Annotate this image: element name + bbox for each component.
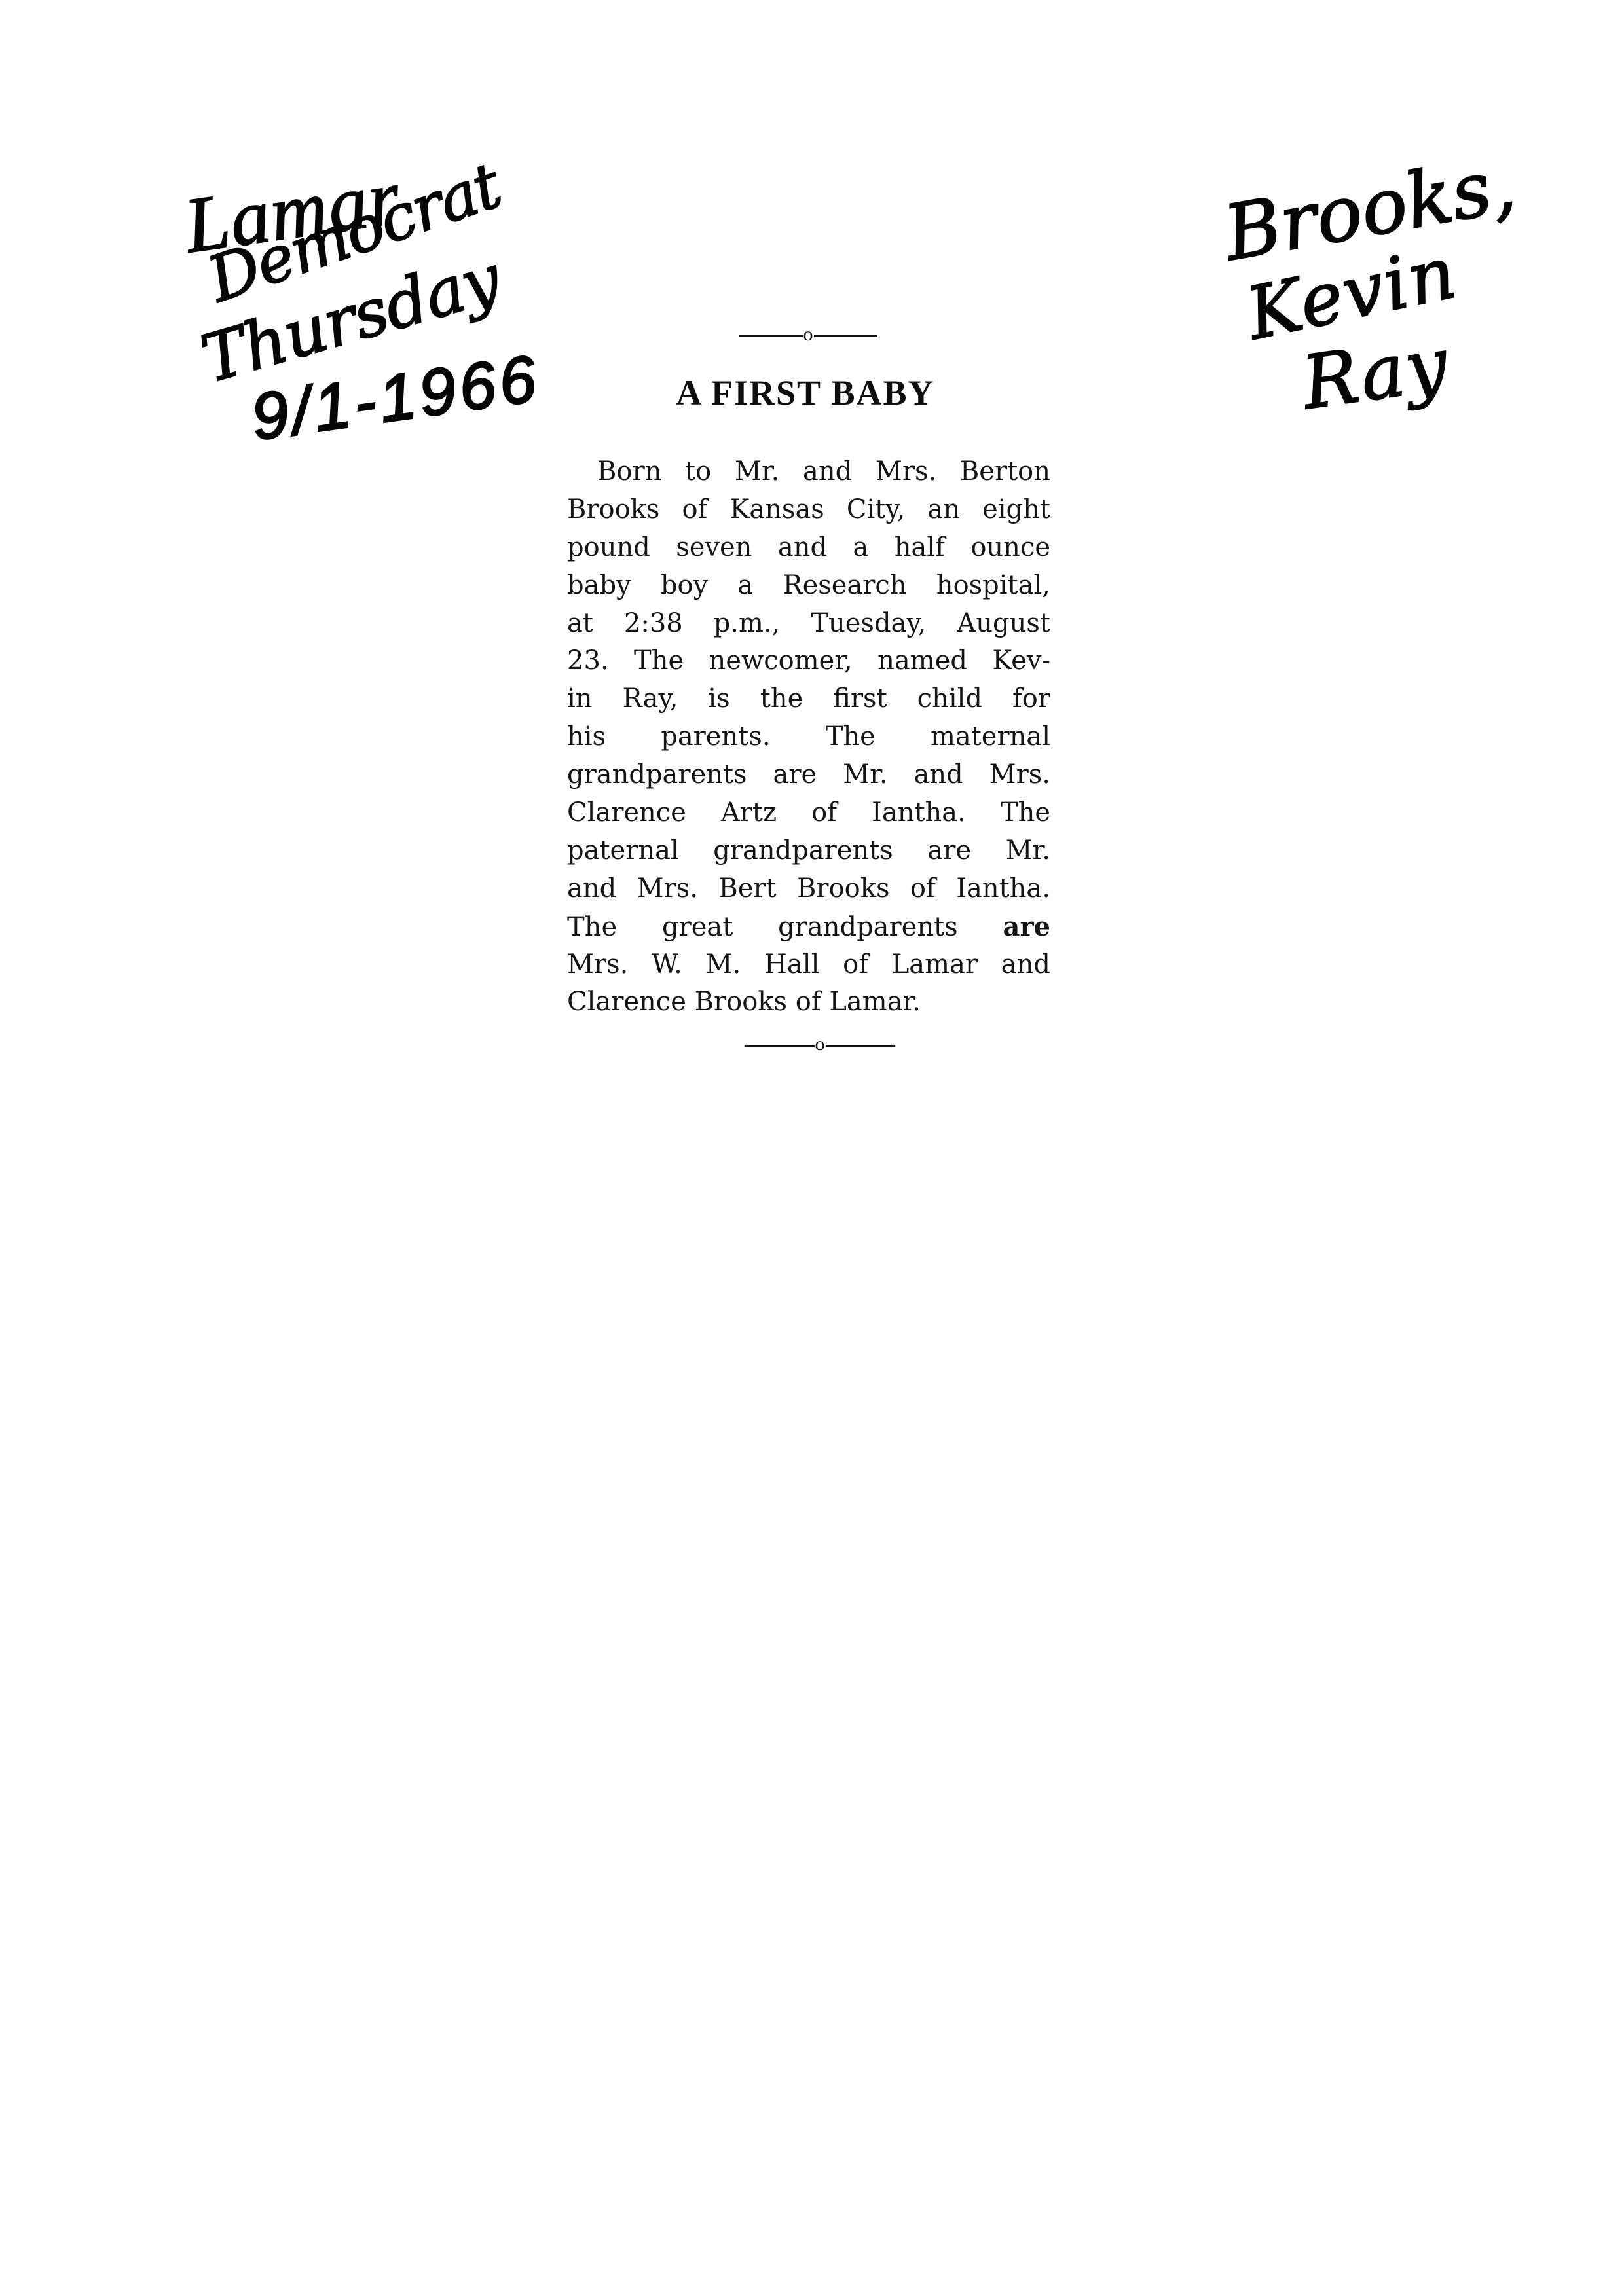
article-line: in Ray, is the first child for xyxy=(567,680,1050,718)
divider-rule xyxy=(745,1045,815,1047)
article-line: at 2:38 p.m., Tuesday, August xyxy=(567,605,1050,643)
article-line: Born to Mr. and Mrs. Berton xyxy=(567,453,1050,491)
divider-ornament-icon: o xyxy=(803,327,814,342)
scanned-page: Lamar Democrat Thursday 9/1-1966 Brooks,… xyxy=(0,0,1624,2296)
article-line: Mrs. W. M. Hall of Lamar and xyxy=(567,946,1050,984)
top-divider: o xyxy=(739,328,877,344)
divider-rule xyxy=(739,335,803,337)
article-line: baby boy a Research hospital, xyxy=(567,567,1050,605)
article-line: Clarence Brooks of Lamar. xyxy=(567,983,1050,1021)
article-body: Born to Mr. and Mrs. BertonBrooks of Kan… xyxy=(567,453,1050,1021)
article-line: and Mrs. Bert Brooks of Iantha. xyxy=(567,870,1050,908)
article-line: grandparents are Mr. and Mrs. xyxy=(567,756,1050,794)
article-line: pound seven and a half ounce xyxy=(567,529,1050,567)
bottom-divider: o xyxy=(745,1038,895,1053)
article-line: paternal grandparents are Mr. xyxy=(567,832,1050,870)
article-line: his parents. The maternal xyxy=(567,718,1050,756)
article-line: Brooks of Kansas City, an eight xyxy=(567,491,1050,529)
divider-ornament-icon: o xyxy=(815,1036,826,1052)
divider-rule xyxy=(814,335,878,337)
divider-rule xyxy=(826,1045,896,1047)
article-line: The great grandparents are xyxy=(567,908,1050,946)
article-headline: A FIRST BABY xyxy=(655,372,956,414)
article-line: Clarence Artz of Iantha. The xyxy=(567,794,1050,832)
bold-word: are xyxy=(1003,911,1050,942)
article-line: 23. The newcomer, named Kev- xyxy=(567,642,1050,680)
handwritten-middle-name: Ray xyxy=(1298,327,1452,420)
